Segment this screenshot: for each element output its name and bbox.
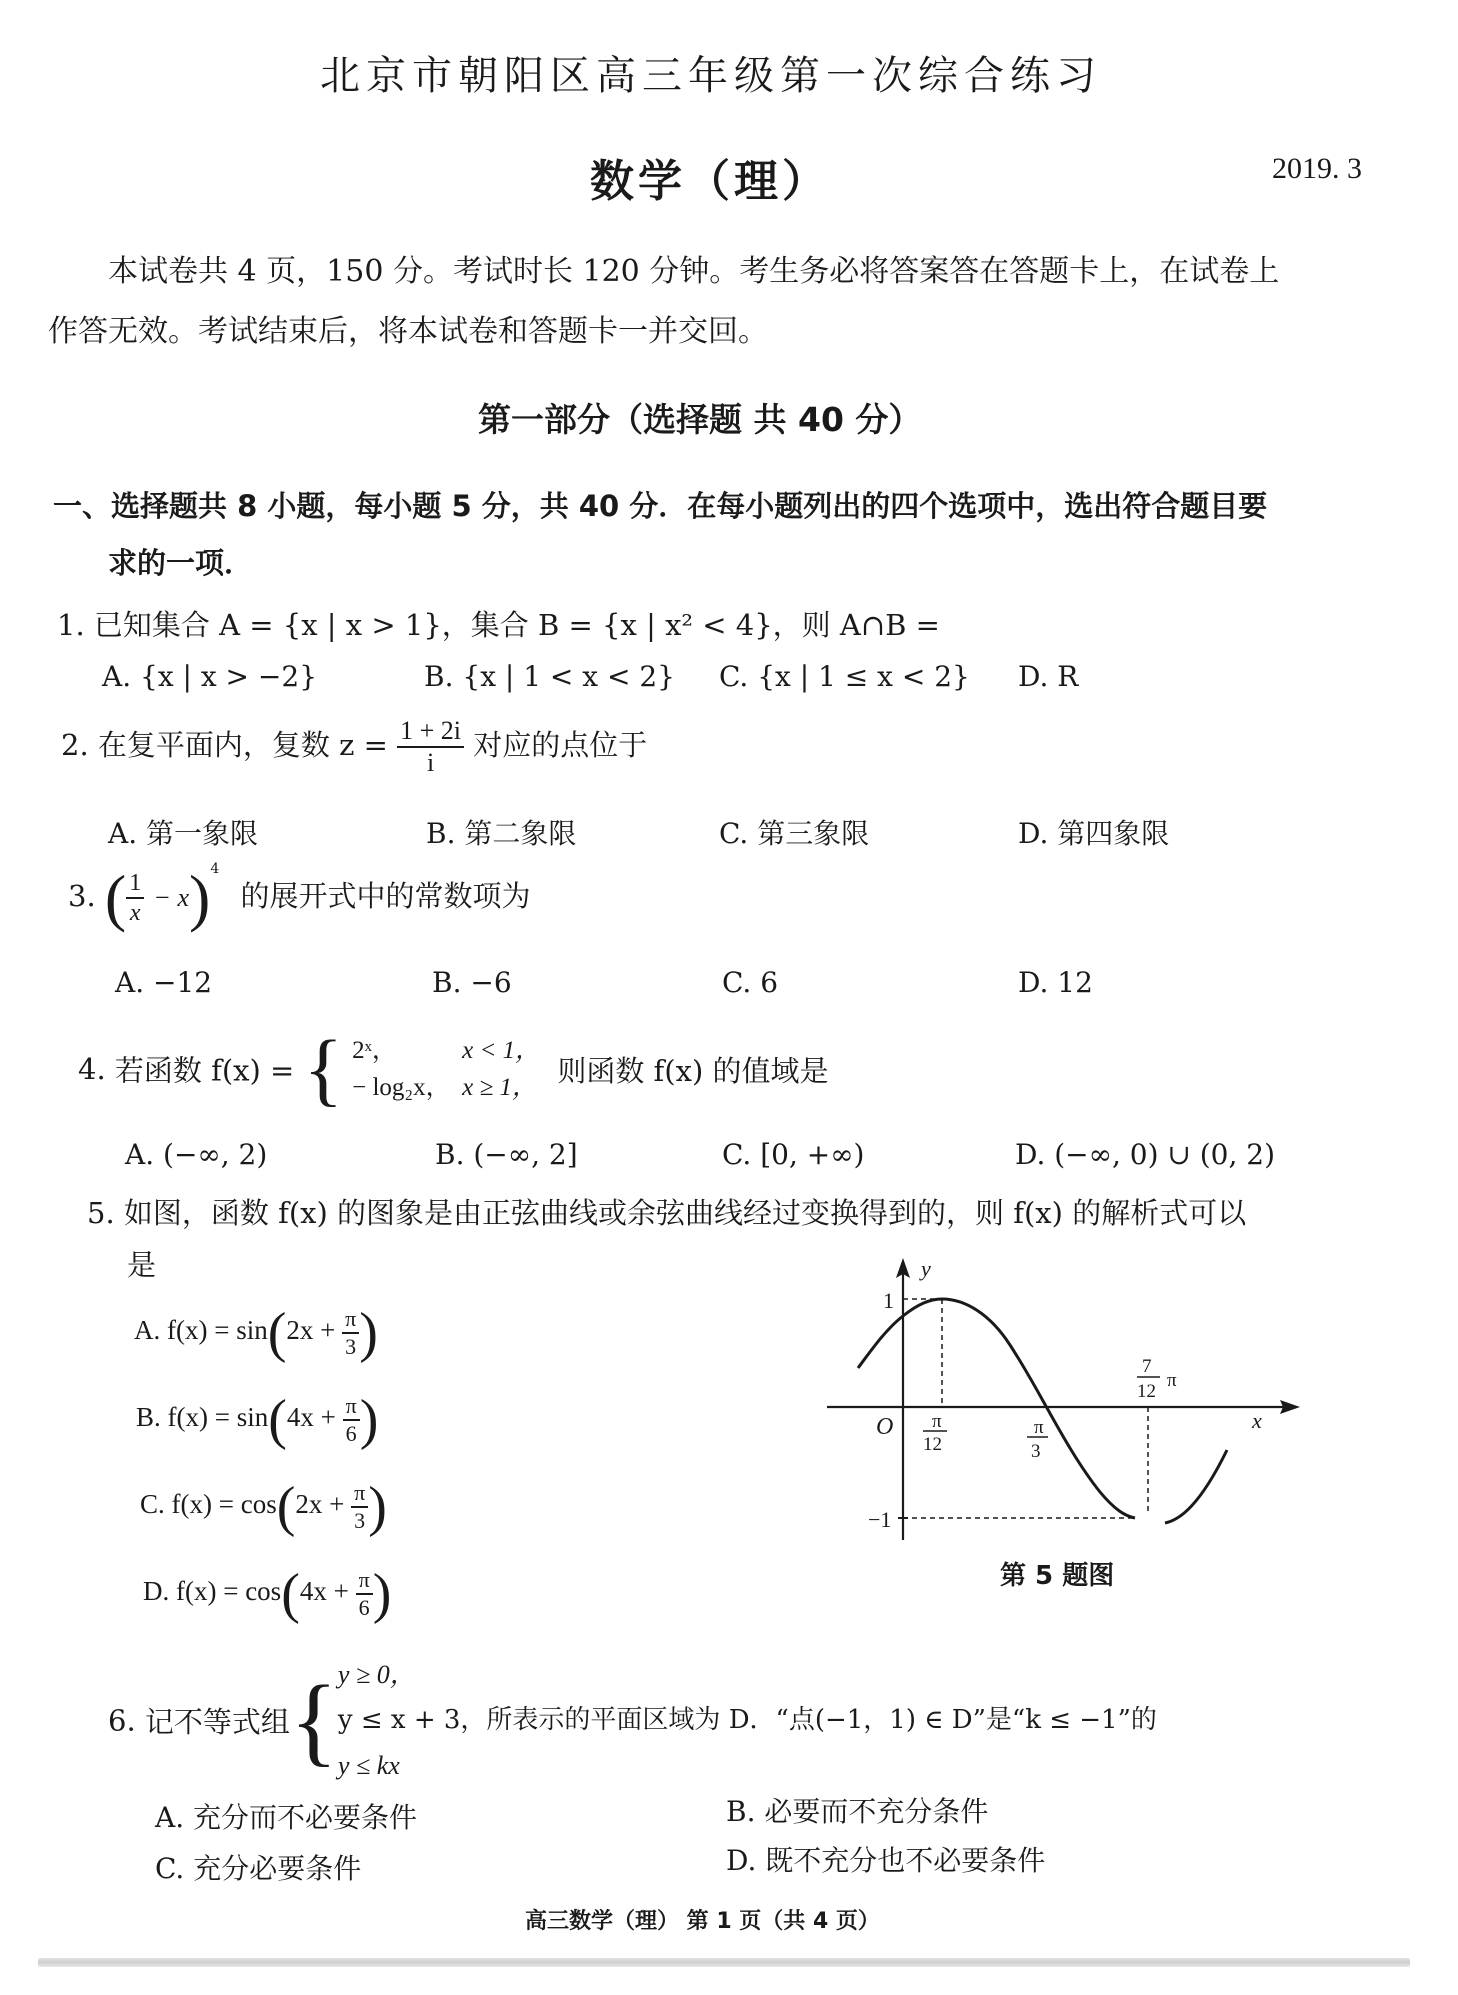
question-1: 1. 已知集合 A = {x | x > 1}，集合 B = {x | x² <… [57,603,940,644]
option-prefix: B. f(x) = sin [136,1402,268,1432]
subject-title: 数学（理） [590,145,830,209]
q2-option-b: B. 第二象限 [426,812,576,852]
exam-title: 北京市朝阳区高三年级第一次综合练习 [320,44,1102,101]
exponent: 4 [210,861,219,877]
y-tick-1: 1 [883,1288,894,1313]
q5-option-c: C. f(x) = cos(2x + π3) [140,1479,387,1535]
x-tick-7pi-over-12: 12 [1137,1381,1156,1402]
case-expression: 2ˣ， [352,1032,462,1070]
q5-option-b: B. f(x) = sin(4x + π6) [136,1392,378,1448]
inequality-system: y ≥ 0， y ≤ x + 3，所表示的平面区域为 D．“点(−1，1) ∈ … [338,1652,1157,1789]
fraction: π3 [351,1482,368,1532]
x-axis-arrow-icon [1280,1400,1300,1414]
q2-option-a: A. 第一象限 [108,812,258,852]
fraction-denominator: 6 [356,1595,373,1619]
q1-option-a: A. {x | x > −2} [102,660,317,693]
sine-curve-right [1165,1450,1227,1523]
right-paren: ) [360,1389,379,1451]
piecewise-case-1: 2ˣ，x < 1， [352,1032,540,1070]
q3-option-d: D. 12 [1018,966,1093,999]
fraction-numerator: π [351,1482,368,1508]
question-5-line-1: 5. 如图，函数 f(x) 的图象是由正弦曲线或余弦曲线经过变换得到的，则 f(… [87,1191,1246,1232]
case-expression: − log₂x， [352,1069,462,1107]
question-2: 2. 在复平面内，复数 z = 1 + 2i i 对应的点位于 [61,718,647,776]
svg-text:π: π [1167,1370,1177,1391]
q6-option-c: C. 充分必要条件 [155,1847,361,1887]
left-paren: ( [268,1389,287,1451]
svg-text:π: π [932,1411,942,1432]
q1-option-b: B. {x | 1 < x < 2} [424,660,675,693]
question-3: 3. ( 1 x − x)4 的展开式中的常数项为 [68,866,530,930]
intro-line-2: 作答无效。考试结束后，将本试卷和答题卡一并交回。 [48,306,768,350]
minus-term: − x [153,883,189,912]
fraction: π6 [343,1395,360,1445]
question-stem: 如图，函数 f(x) 的图象是由正弦曲线或余弦曲线经过变换得到的，则 f(x) … [124,1196,1246,1230]
left-brace: { [304,1023,343,1114]
x-tick-pi-over-12: 12 [923,1434,942,1455]
fraction-numerator: π [343,1395,360,1421]
option-prefix: A. f(x) = sin [134,1315,268,1345]
q6-option-d: D. 既不充分也不必要条件 [726,1839,1045,1879]
page-footer: 高三数学（理） 第 1 页（共 4 页） [525,1904,880,1935]
q4-option-b: B. (−∞, 2] [435,1138,578,1171]
fraction: 1 x [126,871,144,925]
question-number: 2. [61,728,89,762]
x-tick-pi-over-3: 3 [1031,1441,1041,1462]
question-6: 6. 记不等式组{ y ≥ 0， y ≤ x + 3，所表示的平面区域为 D．“… [108,1652,1157,1789]
q3-option-c: C. 6 [722,966,778,999]
option-prefix: C. f(x) = cos [140,1489,277,1519]
q4-option-a: A. (−∞, 2) [125,1138,267,1171]
q6-option-a: A. 充分而不必要条件 [155,1796,417,1836]
question-stem-before: 若函数 f(x) = [115,1054,294,1088]
svg-text:π: π [1034,1417,1044,1438]
q3-option-b: B. −6 [432,966,512,999]
question-stem-before: 记不等式组 [145,1705,290,1739]
svg-text:7: 7 [1142,1356,1152,1377]
question-stem: 已知集合 A = {x | x > 1}，集合 B = {x | x² < 4}… [94,608,940,642]
fraction-numerator: π [342,1308,359,1334]
option-prefix: D. f(x) = cos [143,1576,281,1606]
sine-curve [858,1299,1135,1518]
right-paren: ) [368,1476,387,1538]
q2-option-d: D. 第四象限 [1018,812,1169,852]
question-5-line-2: 是 [127,1243,156,1284]
question-stem-after: 的展开式中的常数项为 [240,879,530,913]
fraction-numerator: 1 + 2i [397,718,464,748]
left-paren: ( [268,1302,287,1364]
question-number: 6. [108,1703,136,1737]
section-instruction-line-2: 求的一项． [108,541,253,582]
q5-function-graph: y x 1 −1 O π 12 π 3 7 12 π [820,1250,1320,1550]
q5-option-a: A. f(x) = sin(2x + π3) [134,1305,378,1361]
section-instruction-line-1: 一、选择题共 8 小题，每小题 5 分，共 40 分．在每小题列出的四个选项中，… [53,484,1267,525]
inequality-3: y ≤ kx [338,1743,1157,1789]
case-condition: x ≥ 1， [462,1074,537,1101]
piecewise-cases: 2ˣ，x < 1， − log₂x，x ≥ 1， [352,1032,540,1107]
figure-caption: 第 5 题图 [1000,1555,1114,1592]
question-4: 4. 若函数 f(x) = { 2ˣ，x < 1， − log₂x，x ≥ 1，… [78,1028,828,1110]
right-paren: ) [189,862,210,933]
q4-option-d: D. (−∞, 0) ∪ (0, 2) [1015,1138,1275,1171]
question-number: 1. [57,608,85,642]
question-number: 4. [78,1052,106,1086]
question-stem-after: 则函数 f(x) 的值域是 [557,1054,828,1088]
case-condition: x < 1， [462,1037,540,1064]
fraction-denominator: 3 [351,1508,368,1532]
section-heading: 第一部分（选择题 共 40 分） [478,394,921,441]
q5-option-d: D. f(x) = cos(4x + π6) [143,1566,391,1622]
intro-line-1: 本试卷共 4 页，150 分。考试时长 120 分钟。考生务必将答案答在答题卡上… [108,246,1279,290]
origin-label: O [876,1414,893,1440]
x-axis-label: x [1251,1408,1262,1433]
fraction: π3 [342,1308,359,1358]
piecewise-case-2: − log₂x，x ≥ 1， [352,1069,540,1107]
exam-date: 2019. 3 [1272,152,1362,186]
question-number: 3. [68,879,96,913]
bottom-divider [38,1958,1410,1967]
q6-option-b: B. 必要而不充分条件 [726,1790,988,1830]
fraction-denominator: i [397,748,464,776]
option-inner: 2x + [286,1315,342,1345]
left-paren: ( [105,862,126,933]
left-paren: ( [277,1476,296,1538]
fraction-denominator: x [126,899,144,925]
question-number: 5. [87,1196,115,1230]
left-brace: { [290,1664,338,1775]
q3-option-a: A. −12 [115,966,212,999]
q1-option-c: C. {x | 1 ≤ x < 2} [719,660,970,693]
right-paren: ) [359,1302,378,1364]
question-stem-before: 在复平面内，复数 z = [98,728,388,762]
q1-option-d: D. R [1018,660,1078,693]
fraction: π6 [356,1569,373,1619]
option-inner: 4x + [287,1402,343,1432]
fraction-denominator: 6 [343,1421,360,1445]
right-paren: ) [373,1563,392,1625]
y-axis-label: y [919,1256,931,1281]
left-paren: ( [281,1563,300,1625]
inequality-2-with-stem: y ≤ x + 3，所表示的平面区域为 D．“点(−1，1) ∈ D”是“k ≤… [338,1698,1157,1744]
question-stem-after: 对应的点位于 [473,728,647,762]
fraction-denominator: 3 [342,1334,359,1358]
y-tick-neg1: −1 [868,1507,891,1532]
option-inner: 2x + [295,1489,351,1519]
fraction-numerator: 1 [126,871,144,899]
option-inner: 4x + [300,1576,356,1606]
q2-option-c: C. 第三象限 [719,812,869,852]
fraction-numerator: π [356,1569,373,1595]
q4-option-c: C. [0, +∞) [722,1138,864,1171]
fraction: 1 + 2i i [397,718,464,776]
inequality-1: y ≥ 0， [338,1652,1157,1698]
